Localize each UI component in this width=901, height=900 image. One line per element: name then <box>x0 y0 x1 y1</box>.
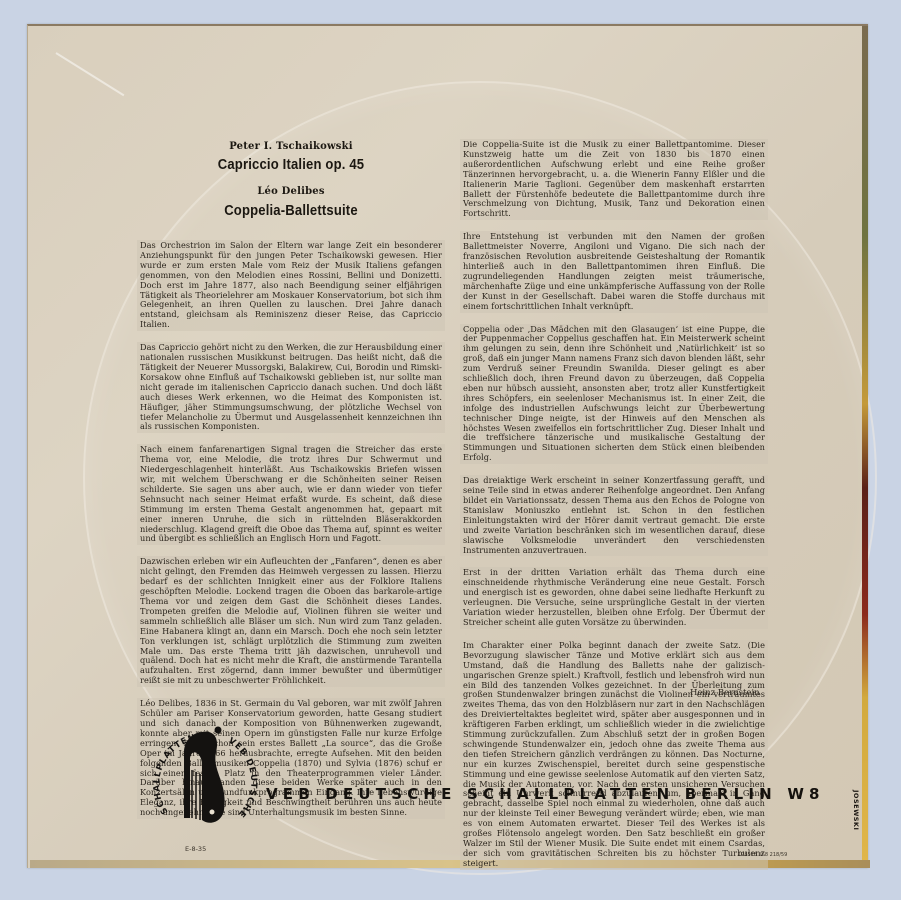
logo-ring-right-text: VEB DEUTSCHE <box>226 736 258 819</box>
liner-notes-paragraph: Nach einem fanfarenartigen Signal tragen… <box>137 444 445 545</box>
logo-code: E-8-35 <box>185 845 206 853</box>
liner-notes-paragraph: Dazwischen erleben wir ein Aufleuchten d… <box>137 556 445 687</box>
liner-notes-paragraph: Ihre Entstehung ist verbunden mit den Na… <box>460 231 768 312</box>
liner-notes-paragraph: Das dreiaktige Werk erscheint in seiner … <box>460 475 768 556</box>
work-title-2: Coppelia-Ballettsuite <box>152 203 429 219</box>
sleeve-spine-edge <box>862 26 868 866</box>
liner-notes-paragraph: Im Charakter einer Polka beginnt danach … <box>460 640 768 870</box>
designer-credit: JOSEWSKI <box>852 790 860 830</box>
corner-crease <box>55 52 124 96</box>
liner-notes-paragraph: Erst in der dritten Variation erhält das… <box>460 567 768 628</box>
liner-notes-right-column: Die Coppelia-Suite ist die Musik zu eine… <box>460 139 768 881</box>
liner-notes-paragraph: Die Coppelia-Suite ist die Musik zu eine… <box>460 139 768 220</box>
catalog-code: 128518 III-8 218/59 <box>738 852 787 858</box>
liner-notes-paragraph: Das Capriccio gehört nicht zu den Werken… <box>137 342 445 433</box>
work-title-1: Capriccio Italien op. 45 <box>152 157 429 173</box>
record-label-name: VEB DEUTSCHE SCHALLPLATTEN BERLIN W8 <box>266 785 825 803</box>
liner-notes-paragraph: Coppelia oder ‚Das Mädchen mit den Glasa… <box>460 324 768 465</box>
harp-logo-icon: SCHALLPLATTEN VEB DEUTSCHE <box>150 722 270 840</box>
composer-name-1: Peter I. Tschaikowski <box>137 141 445 152</box>
composer-name-2: Léo Delibes <box>137 186 445 197</box>
liner-notes-paragraph: Das Orchestrion im Salon der Eltern war … <box>137 240 445 331</box>
author-signature: Heinz Bernstein <box>690 688 760 698</box>
svg-text:VEB DEUTSCHE: VEB DEUTSCHE <box>226 736 258 819</box>
